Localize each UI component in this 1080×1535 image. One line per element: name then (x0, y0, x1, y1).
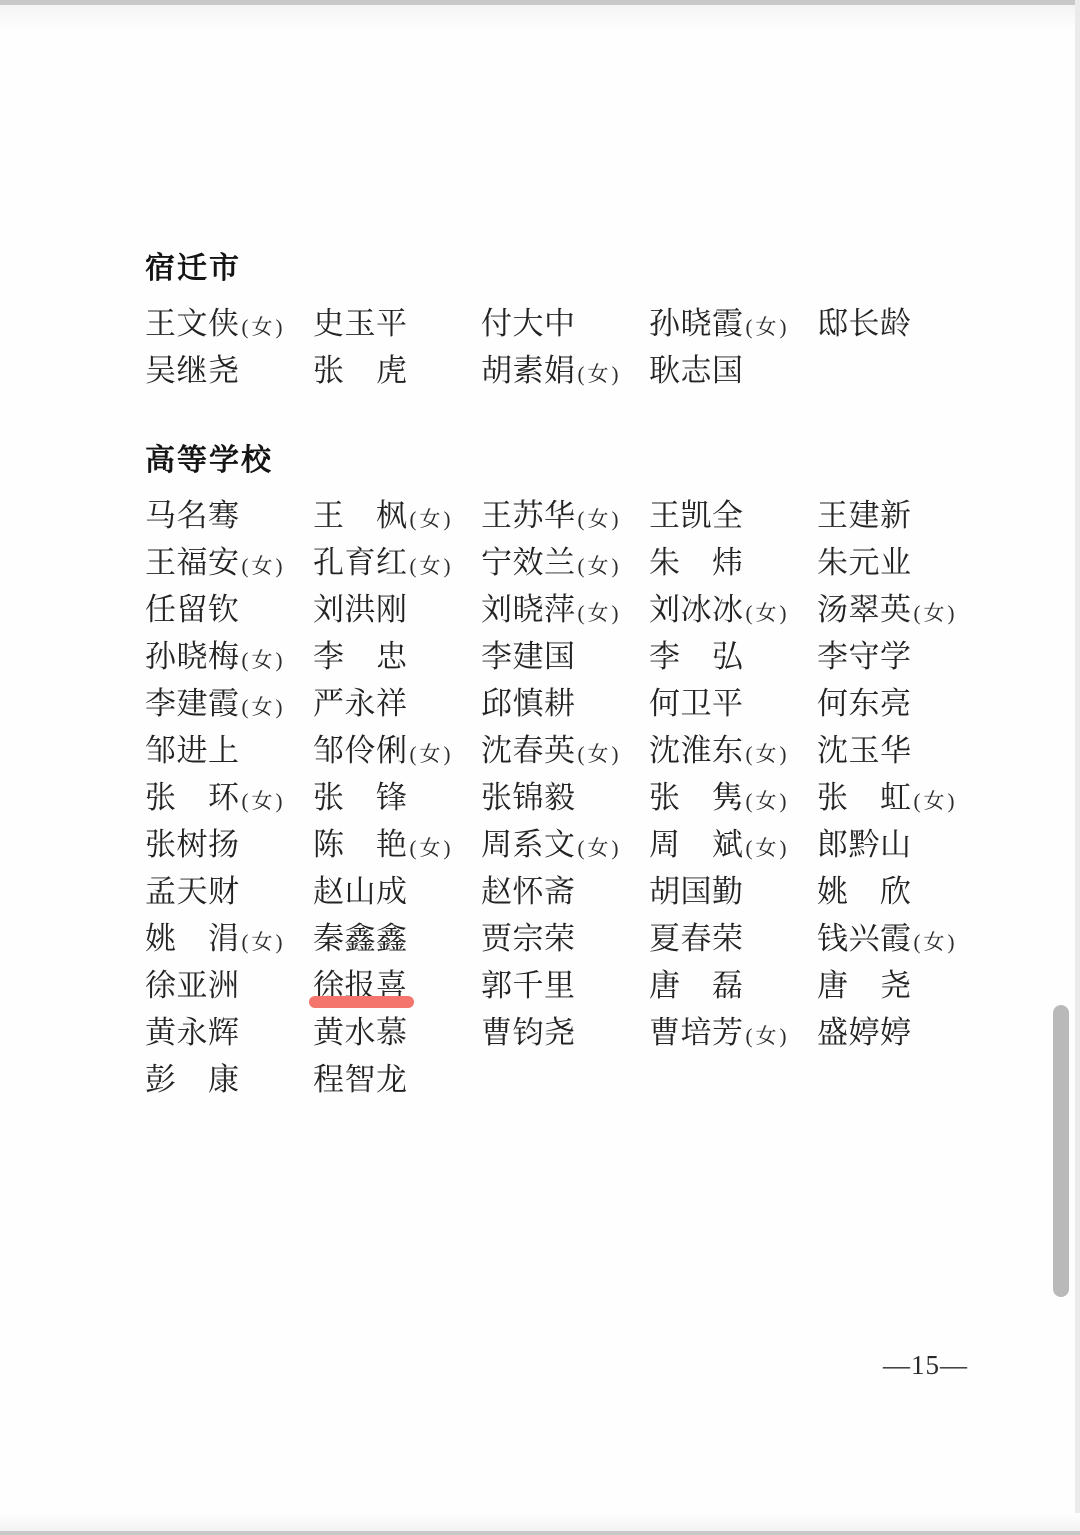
person-name: 任留钦 (145, 592, 240, 627)
person-name: 徐亚洲 (145, 968, 240, 1003)
female-marker: (女) (746, 789, 790, 813)
name-cell: 邹进上 (145, 725, 313, 770)
name-cell: 赵山成 (313, 866, 481, 911)
person-name: 贾宗荣 (481, 921, 576, 956)
name-cell: 张 虎 (313, 345, 481, 390)
name-cell: 孟天财 (145, 866, 313, 911)
name-cell: 张 锋 (313, 772, 481, 817)
name-cell: 王凯全 (649, 490, 817, 535)
person-name: 孙晓梅 (145, 639, 240, 674)
female-marker: (女) (914, 930, 958, 954)
person-name: 宁效兰 (481, 545, 576, 580)
name-cell: 何卫平 (649, 678, 817, 723)
name-cell: 唐 磊 (649, 960, 817, 1005)
person-name: 耿志国 (649, 353, 744, 388)
name-cell: 姚 欣 (817, 866, 985, 911)
person-name: 王福安 (145, 545, 240, 580)
person-name: 陈 艳 (313, 827, 408, 862)
person-name: 程智龙 (313, 1062, 408, 1097)
name-cell: 张树扬 (145, 819, 313, 864)
name-cell: 任留钦 (145, 584, 313, 629)
name-cell: 徐报喜 (313, 960, 481, 1005)
name-cell: 贾宗荣 (481, 913, 649, 958)
person-name: 邱慎耕 (481, 686, 576, 721)
person-name: 王文侠 (145, 306, 240, 341)
name-row: 王文侠(女)史玉平付大中孙晓霞(女)邸长龄 (145, 297, 1005, 344)
person-name: 王 枫 (313, 498, 408, 533)
person-name: 严永祥 (313, 686, 408, 721)
name-cell: 李守学 (817, 631, 985, 676)
person-name: 姚 涓 (145, 921, 240, 956)
female-marker: (女) (914, 601, 958, 625)
name-cell: 何东亮 (817, 678, 985, 723)
person-name: 钱兴霞 (817, 921, 912, 956)
person-name: 夏春荣 (649, 921, 744, 956)
name-cell: 李 忠 (313, 631, 481, 676)
female-marker: (女) (578, 507, 622, 531)
person-name: 刘洪刚 (313, 592, 408, 627)
name-cell: 刘洪刚 (313, 584, 481, 629)
person-name: 何东亮 (817, 686, 912, 721)
document-body: 宿迁市王文侠(女)史玉平付大中孙晓霞(女)邸长龄吴继尧张 虎胡素娟(女)耿志国高… (145, 251, 1005, 1100)
person-name: 赵山成 (313, 874, 408, 909)
name-row: 黄永辉黄水慕曹钧尧曹培芳(女)盛婷婷 (145, 1006, 1005, 1053)
person-name: 何卫平 (649, 686, 744, 721)
person-name: 张 虎 (313, 353, 408, 388)
female-marker: (女) (242, 648, 286, 672)
name-cell: 王苏华(女) (481, 490, 649, 535)
person-name: 付大中 (481, 306, 576, 341)
person-name: 吴继尧 (145, 353, 240, 388)
name-cell: 邱慎耕 (481, 678, 649, 723)
name-cell: 王 枫(女) (313, 490, 481, 535)
page-number: —15— (883, 1350, 968, 1381)
name-row: 姚 涓(女)秦鑫鑫贾宗荣夏春荣钱兴霞(女) (145, 912, 1005, 959)
female-marker: (女) (242, 315, 286, 339)
person-name: 李 忠 (313, 639, 408, 674)
name-cell: 吴继尧 (145, 345, 313, 390)
person-name: 沈淮东 (649, 733, 744, 768)
name-cell: 沈春英(女) (481, 725, 649, 770)
female-marker: (女) (410, 507, 454, 531)
name-cell: 郎黔山 (817, 819, 985, 864)
person-name: 李守学 (817, 639, 912, 674)
person-name: 王建新 (817, 498, 912, 533)
person-name: 郭千里 (481, 968, 576, 1003)
person-name: 唐 尧 (817, 968, 912, 1003)
person-name: 刘晓萍 (481, 592, 576, 627)
female-marker: (女) (410, 742, 454, 766)
person-name: 黄水慕 (313, 1015, 408, 1050)
name-cell: 李 弘 (649, 631, 817, 676)
female-marker: (女) (578, 362, 622, 386)
document-page: 宿迁市王文侠(女)史玉平付大中孙晓霞(女)邸长龄吴继尧张 虎胡素娟(女)耿志国高… (145, 0, 1005, 1100)
female-marker: (女) (410, 554, 454, 578)
name-row: 任留钦刘洪刚刘晓萍(女)刘冰冰(女)汤翠英(女) (145, 583, 1005, 630)
person-name: 王苏华 (481, 498, 576, 533)
name-cell: 胡素娟(女) (481, 345, 649, 390)
person-name: 邸长龄 (817, 306, 912, 341)
name-cell: 李建霞(女) (145, 678, 313, 723)
section-suqian: 宿迁市王文侠(女)史玉平付大中孙晓霞(女)邸长龄吴继尧张 虎胡素娟(女)耿志国 (145, 251, 1005, 391)
female-marker: (女) (578, 836, 622, 860)
name-cell: 钱兴霞(女) (817, 913, 985, 958)
name-cell: 邸长龄 (817, 298, 985, 343)
name-row: 孙晓梅(女)李 忠李建国李 弘李守学 (145, 630, 1005, 677)
name-cell: 黄永辉 (145, 1007, 313, 1052)
name-cell: 张 隽(女) (649, 772, 817, 817)
name-cell: 刘晓萍(女) (481, 584, 649, 629)
name-cell: 孔育红(女) (313, 537, 481, 582)
name-cell: 周 斌(女) (649, 819, 817, 864)
person-name: 张 隽 (649, 780, 744, 815)
person-name: 曹钧尧 (481, 1015, 576, 1050)
name-cell: 朱 炜 (649, 537, 817, 582)
name-cell: 曹钧尧 (481, 1007, 649, 1052)
section-higher-education: 高等学校马名骞王 枫(女)王苏华(女)王凯全王建新王福安(女)孔育红(女)宁效兰… (145, 443, 1005, 1100)
name-row: 徐亚洲徐报喜郭千里唐 磊唐 尧 (145, 959, 1005, 1006)
name-cell: 马名骞 (145, 490, 313, 535)
person-name: 李 弘 (649, 639, 744, 674)
name-cell: 黄水慕 (313, 1007, 481, 1052)
name-cell: 彭 康 (145, 1054, 313, 1099)
page-right-edge (1075, 0, 1080, 1535)
page-bottom-shadow (0, 1513, 1080, 1531)
name-row: 李建霞(女)严永祥邱慎耕何卫平何东亮 (145, 677, 1005, 724)
name-cell: 邹伶俐(女) (313, 725, 481, 770)
person-name: 王凯全 (649, 498, 744, 533)
person-name: 张树扬 (145, 827, 240, 862)
name-cell: 程智龙 (313, 1054, 481, 1099)
name-row: 张树扬陈 艳(女)周系文(女)周 斌(女)郎黔山 (145, 818, 1005, 865)
person-name: 盛婷婷 (817, 1015, 912, 1050)
person-name: 史玉平 (313, 306, 408, 341)
person-name: 邹伶俐 (313, 733, 408, 768)
screen-bottom-edge (0, 1531, 1080, 1535)
person-name: 朱 炜 (649, 545, 744, 580)
name-cell: 孙晓霞(女) (649, 298, 817, 343)
person-name: 秦鑫鑫 (313, 921, 408, 956)
person-name: 孙晓霞 (649, 306, 744, 341)
name-cell: 严永祥 (313, 678, 481, 723)
name-cell: 盛婷婷 (817, 1007, 985, 1052)
person-name: 李建国 (481, 639, 576, 674)
female-marker: (女) (242, 695, 286, 719)
name-cell: 夏春荣 (649, 913, 817, 958)
person-name: 周系文 (481, 827, 576, 862)
person-name: 马名骞 (145, 498, 240, 533)
name-cell: 汤翠英(女) (817, 584, 985, 629)
name-cell: 沈玉华 (817, 725, 985, 770)
person-name: 张 虹 (817, 780, 912, 815)
person-name: 周 斌 (649, 827, 744, 862)
person-name: 赵怀斋 (481, 874, 576, 909)
person-name: 张锦毅 (481, 780, 576, 815)
female-marker: (女) (578, 554, 622, 578)
person-name: 汤翠英 (817, 592, 912, 627)
person-name: 沈春英 (481, 733, 576, 768)
name-cell: 胡国勤 (649, 866, 817, 911)
name-cell: 张锦毅 (481, 772, 649, 817)
female-marker: (女) (578, 742, 622, 766)
name-cell: 周系文(女) (481, 819, 649, 864)
name-cell: 王福安(女) (145, 537, 313, 582)
name-row: 张 环(女)张 锋张锦毅张 隽(女)张 虹(女) (145, 771, 1005, 818)
person-name: 彭 康 (145, 1062, 240, 1097)
female-marker: (女) (410, 836, 454, 860)
person-name: 胡素娟 (481, 353, 576, 388)
female-marker: (女) (746, 1024, 790, 1048)
name-cell: 刘冰冰(女) (649, 584, 817, 629)
female-marker: (女) (242, 930, 286, 954)
name-cell: 王文侠(女) (145, 298, 313, 343)
name-cell: 王建新 (817, 490, 985, 535)
person-name: 胡国勤 (649, 874, 744, 909)
person-name: 曹培芳 (649, 1015, 744, 1050)
name-cell: 陈 艳(女) (313, 819, 481, 864)
name-cell: 宁效兰(女) (481, 537, 649, 582)
person-name: 李建霞 (145, 686, 240, 721)
female-marker: (女) (242, 554, 286, 578)
name-cell: 张 虹(女) (817, 772, 985, 817)
name-cell: 耿志国 (649, 345, 817, 390)
person-name: 孟天财 (145, 874, 240, 909)
person-name: 张 环 (145, 780, 240, 815)
name-cell: 史玉平 (313, 298, 481, 343)
female-marker: (女) (746, 315, 790, 339)
person-name: 唐 磊 (649, 968, 744, 1003)
name-cell: 沈淮东(女) (649, 725, 817, 770)
scrollbar-thumb[interactable] (1053, 1005, 1069, 1297)
person-name: 张 锋 (313, 780, 408, 815)
name-cell: 曹培芳(女) (649, 1007, 817, 1052)
section-title-suqian: 宿迁市 (145, 251, 1005, 287)
name-cell: 张 环(女) (145, 772, 313, 817)
female-marker: (女) (242, 789, 286, 813)
female-marker: (女) (746, 742, 790, 766)
name-row: 邹进上邹伶俐(女)沈春英(女)沈淮东(女)沈玉华 (145, 724, 1005, 771)
name-cell: 秦鑫鑫 (313, 913, 481, 958)
person-name: 黄永辉 (145, 1015, 240, 1050)
name-cell: 唐 尧 (817, 960, 985, 1005)
name-row: 马名骞王 枫(女)王苏华(女)王凯全王建新 (145, 489, 1005, 536)
person-name: 郎黔山 (817, 827, 912, 862)
person-name: 孔育红 (313, 545, 408, 580)
name-cell: 付大中 (481, 298, 649, 343)
name-cell: 朱元业 (817, 537, 985, 582)
name-cell: 郭千里 (481, 960, 649, 1005)
name-row: 吴继尧张 虎胡素娟(女)耿志国 (145, 344, 1005, 391)
name-row: 孟天财赵山成赵怀斋胡国勤姚 欣 (145, 865, 1005, 912)
female-marker: (女) (746, 601, 790, 625)
female-marker: (女) (746, 836, 790, 860)
female-marker: (女) (914, 789, 958, 813)
section-title-higher-education: 高等学校 (145, 443, 1005, 479)
person-name: 刘冰冰 (649, 592, 744, 627)
name-cell: 孙晓梅(女) (145, 631, 313, 676)
name-cell: 李建国 (481, 631, 649, 676)
name-cell: 徐亚洲 (145, 960, 313, 1005)
person-name: 邹进上 (145, 733, 240, 768)
name-cell: 姚 涓(女) (145, 913, 313, 958)
person-name: 沈玉华 (817, 733, 912, 768)
name-cell: 赵怀斋 (481, 866, 649, 911)
name-row: 王福安(女)孔育红(女)宁效兰(女)朱 炜朱元业 (145, 536, 1005, 583)
person-name: 姚 欣 (817, 874, 912, 909)
female-marker: (女) (578, 601, 622, 625)
person-name: 朱元业 (817, 545, 912, 580)
name-row: 彭 康程智龙 (145, 1053, 1005, 1100)
